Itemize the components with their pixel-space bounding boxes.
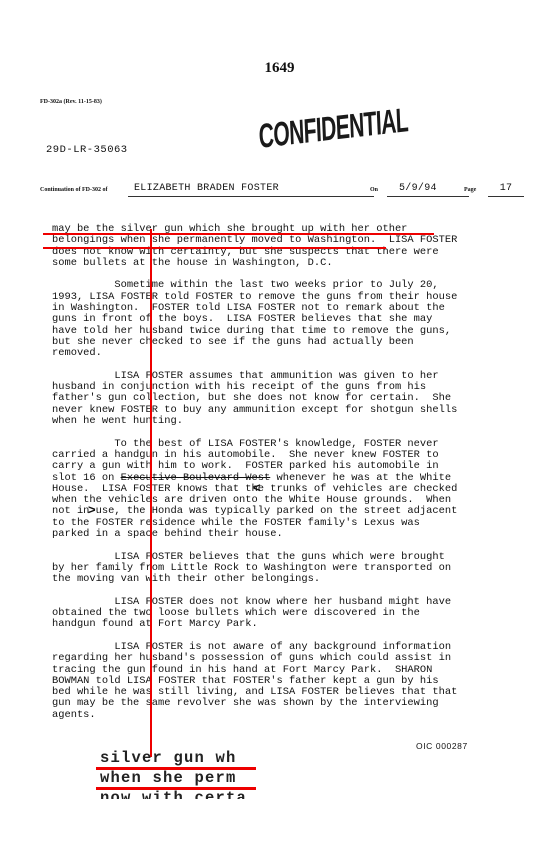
date-field: 5/9/94 <box>387 183 469 197</box>
bracket-close-marker: > <box>88 502 96 517</box>
continuation-label: Continuation of FD-302 of <box>40 187 108 193</box>
text-line: the moving van with their other belongin… <box>52 574 522 585</box>
text-line: guns in front of the boys. LISA FOSTER b… <box>52 314 522 325</box>
struck-text: Executive Boulevard West <box>121 472 271 484</box>
inset-underline-1 <box>96 767 256 770</box>
inset-line-2: when she perm <box>100 769 237 787</box>
bracket-open-marker: < <box>253 480 261 495</box>
text-line: when he went hunting. <box>52 416 522 427</box>
document-body: may be the silver gun which she brought … <box>52 224 522 732</box>
text-line: but she never checked to see if the guns… <box>52 337 522 348</box>
paragraph: To the best of LISA FOSTER's knowledge, … <box>52 439 522 541</box>
confidential-stamp: CONFIDENTIAL <box>258 101 409 157</box>
paragraph: LISA FOSTER does not know where her husb… <box>52 597 522 631</box>
highlight-vertical-guide <box>150 229 152 757</box>
text-line: gun may be the same revolver she was sho… <box>52 698 522 709</box>
inset-underline-2 <box>96 787 256 790</box>
text-line: regarding her husband's possession of gu… <box>52 653 522 664</box>
continuation-header: Continuation of FD-302 of ELIZABETH BRAD… <box>40 183 520 199</box>
paragraph: LISA FOSTER is not aware of any backgrou… <box>52 642 522 721</box>
inset-line-3: now with certa <box>100 789 247 799</box>
text-line: agents. <box>52 710 522 721</box>
subject-name-field: ELIZABETH BRADEN FOSTER <box>128 183 374 197</box>
text-line: parked in a space behind their house. <box>52 529 522 540</box>
page-label: Page <box>464 187 476 193</box>
zoom-inset: silver gun wh when she perm now with cer… <box>96 749 256 799</box>
inset-line-1: silver gun wh <box>100 749 237 767</box>
text-line: handgun found at Fort Marcy Park. <box>52 619 522 630</box>
page-field: 17 <box>488 183 524 197</box>
paragraph: LISA FOSTER believes that the guns which… <box>52 552 522 586</box>
paragraph: Sometime within the last two weeks prior… <box>52 280 522 359</box>
paragraph: LISA FOSTER assumes that ammunition was … <box>52 371 522 427</box>
on-label: On <box>370 187 378 193</box>
text-line: belongings when she permanently moved to… <box>52 235 522 246</box>
file-number: 29D-LR-35063 <box>46 144 128 156</box>
text-line: removed. <box>52 348 522 359</box>
text-line: some bullets at the house in Washington,… <box>52 258 522 269</box>
page-number: 1649 <box>0 60 559 77</box>
highlight-underline-2 <box>43 247 386 249</box>
form-id: FD-302a (Rev. 11-15-83) <box>40 99 102 105</box>
highlight-underline-1 <box>43 233 434 235</box>
bates-number: OIC 000287 <box>416 741 468 751</box>
